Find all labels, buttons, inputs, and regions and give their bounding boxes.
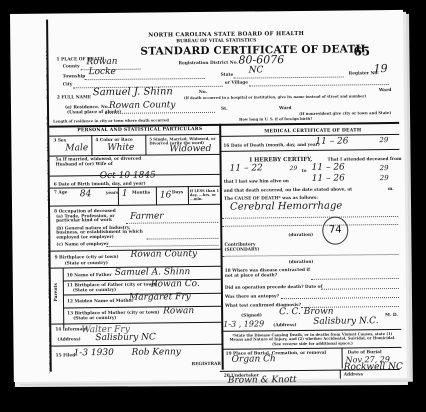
death-occurred-label: and that death occurred, on the date sta… xyxy=(224,187,352,193)
certificate-form: NORTH CAROLINA STATE BOARD OF HEALTH BUR… xyxy=(46,16,402,372)
registrar-label: REGISTRAR xyxy=(192,362,221,367)
signed-label: (Signed) xyxy=(241,313,262,318)
months-label: Months xyxy=(132,191,150,196)
personal-section-title: PERSONAL AND STATISTICAL PARTICULARS xyxy=(77,127,202,133)
no-label: No. xyxy=(199,90,207,95)
contributory-label: Contributory (SECONDARY) xyxy=(224,243,264,253)
full-name-label: 2 FULL NAME xyxy=(57,95,91,100)
birthplace-value: Rowan County xyxy=(130,249,197,260)
nonresident-note: (If nonresident give city or town and St… xyxy=(299,110,391,116)
residence-value: Rowan County xyxy=(109,100,176,111)
age-months: 1 xyxy=(122,189,128,199)
dod-value: 11 – 26 xyxy=(315,136,348,146)
certificate-number: 65 xyxy=(353,44,370,58)
dod-year: 29 xyxy=(379,136,388,144)
date-of-label: Date of xyxy=(305,285,323,290)
operation-label: Did an operation precede death? xyxy=(225,285,304,291)
city-label: City xyxy=(63,82,73,87)
medical-section-title: MEDICAL CERTIFICATE OF DEATH xyxy=(264,128,361,134)
bureau-heading: BUREAU OF VITAL STATISTICS xyxy=(176,38,256,44)
age-label: 7 Age xyxy=(54,190,68,195)
county-label: County xyxy=(63,64,80,69)
cause-value: Cerebral Hemorrhage xyxy=(230,201,342,213)
classification-stamp: 74 xyxy=(322,216,348,244)
parents-label: Parents xyxy=(54,283,59,301)
informant-address-label: (Address) xyxy=(57,337,80,342)
filed-value: 1-3 1930 xyxy=(74,348,114,358)
dod-label: 16 Date of Death (month, day, and year) xyxy=(223,143,320,149)
age-years: 84 xyxy=(80,189,92,199)
registrar-signature: Rob Kenny xyxy=(132,347,181,358)
m-label: m. xyxy=(388,187,394,192)
attended-from-year: 29 xyxy=(290,165,298,172)
trade-label: (a) Trade, Profession, or particular kin… xyxy=(56,215,126,225)
informant-address-value: Salisbury NC xyxy=(95,332,156,343)
father-value: Samuel A. Shinn xyxy=(115,267,191,278)
years-label: years xyxy=(106,191,119,196)
trade-value: Farmer xyxy=(130,211,164,221)
birthplace-sub: (State or country) xyxy=(65,261,108,266)
state-value: NC xyxy=(249,65,264,75)
death-certificate: UNFADING INK—THIS IS A PERMANENT RECORD.… xyxy=(10,10,407,382)
father-birthplace-sub: (State or country) xyxy=(73,288,116,293)
county-value: Rowan xyxy=(86,57,117,67)
village-label: or Village xyxy=(225,81,248,86)
sex-label: 3 Sex xyxy=(53,138,66,143)
color-value: White xyxy=(107,143,134,153)
last-saw-label: that I last saw him alive on xyxy=(224,179,289,185)
last-saw-value: 11 – 26 xyxy=(312,174,345,184)
father-birthplace-value: Rowan Co. xyxy=(151,279,200,290)
employer-label: (c) Name of employer xyxy=(56,242,108,248)
physician-address: Salisbury N.C. xyxy=(313,316,378,327)
undertaker-address-label: Address xyxy=(344,372,363,377)
attended-to-year: 29 xyxy=(380,164,389,172)
board-heading: NORTH CAROLINA STATE BOARD OF HEALTH xyxy=(148,31,304,39)
margin-instructions: UNFADING INK—THIS IS A PERMANENT RECORD.… xyxy=(12,34,50,374)
signed-date: 1-3 , 1929 xyxy=(223,319,264,328)
register-value: 19 xyxy=(374,62,388,75)
state-label: State xyxy=(221,73,234,78)
sex-value: Male xyxy=(65,143,88,153)
dob-value: Oct 10 1845 xyxy=(100,170,156,181)
township-value: Locke xyxy=(89,67,116,77)
township-label: Township xyxy=(63,74,86,79)
mother-value: Margaret Fry xyxy=(129,292,191,303)
mother-label: 12 Maiden Name of Mother xyxy=(67,299,133,305)
mother-birthplace-value: Rowan xyxy=(163,306,194,316)
ward-label: Ward xyxy=(379,88,392,93)
full-name-value: Samuel J. Shinn xyxy=(93,86,173,98)
burial-place-value: Organ Ch xyxy=(232,354,276,364)
physician-address-label: (Address) xyxy=(273,323,296,328)
cause-footnote: *State the Disease Causing Death, or in … xyxy=(225,332,399,347)
filed-label: 15 Filed xyxy=(56,353,76,358)
contracted-label: 18 Where was disease contracted if not a… xyxy=(225,269,315,279)
registration-label: Registration District No. xyxy=(179,61,239,67)
days-label: Days xyxy=(172,190,183,195)
less-than-day-label: If LESS than 1 day, ...hrs. or ...min. xyxy=(190,189,220,201)
residence-ward-label: Ward xyxy=(279,106,292,111)
physician-signature: C. C. Brown xyxy=(279,307,334,318)
birthplace-label: 9 Birthplace (city or town) xyxy=(55,255,119,261)
to-label: to xyxy=(302,169,307,174)
last-saw-year: 29 xyxy=(380,174,389,182)
autopsy-label: Was there an autopsy? xyxy=(225,294,279,300)
age-days: 16 xyxy=(160,190,172,200)
attended-to: 11 – 26 xyxy=(312,163,345,173)
industry-label: (b) General nature of Industry, business… xyxy=(56,227,146,241)
attended-from: 11 – 22 xyxy=(230,163,263,173)
md-label: M. D. xyxy=(385,313,398,318)
hospital-note: (If death occurred in a hospital or inst… xyxy=(184,94,366,100)
undertaker-address-value: Rockwell NC xyxy=(344,362,403,373)
undertaker-value: Brown & Knott xyxy=(228,375,297,386)
mother-birthplace-sub: (State or country) xyxy=(73,316,116,321)
father-label: 10 Name of Father xyxy=(67,273,112,278)
marital-value: Widowed xyxy=(169,144,211,154)
st-label: St. xyxy=(221,107,228,112)
us-residence-label: How long in U. S. if of foreign birth? xyxy=(239,117,312,122)
duration-label-2: (duration) xyxy=(289,260,314,265)
spouse-label: 5a If married, widowed, or divorced Husb… xyxy=(56,157,156,167)
length-residence-label: Length of residence in city or town wher… xyxy=(53,118,169,123)
duration-label-1: (duration) xyxy=(288,233,313,238)
